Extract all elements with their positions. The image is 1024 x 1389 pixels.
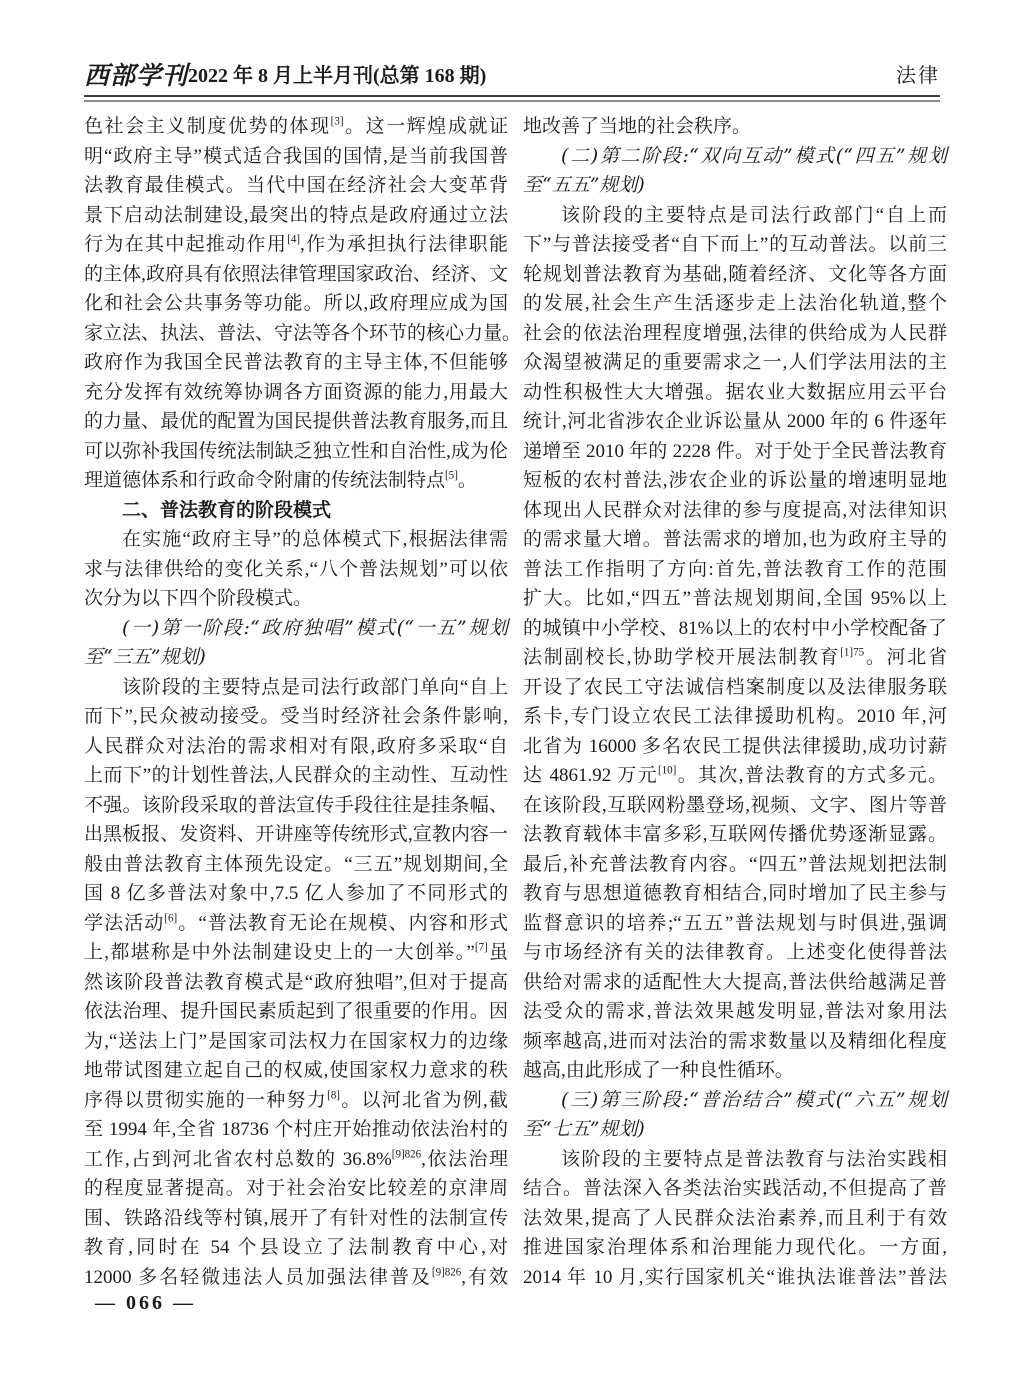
text-line: 二、普法教育的阶段模式 bbox=[84, 496, 508, 526]
header-double-rule bbox=[84, 95, 940, 102]
text-line: 至“七五”规划) bbox=[523, 1115, 947, 1145]
text-line: 政府作为我国全民普法教育的主导主体,不但能够 bbox=[84, 348, 508, 378]
citation-superscript: [6] bbox=[164, 912, 177, 924]
text-line: 工作,占到河北省农村总数的 36.8%[9]826,依法治理 bbox=[84, 1145, 508, 1175]
text-line: 结合。普法深入各类法治实践活动,不但提高了普 bbox=[523, 1174, 947, 1204]
text-line: 国 8 亿多普法对象中,7.5 亿人参加了不同形式的 bbox=[84, 879, 508, 909]
text-line: 在该阶段,互联网粉墨登场,视频、文字、图片等普 bbox=[523, 791, 947, 821]
text-line: 的发展,社会生产生活逐步走上法治化轨道,整个 bbox=[523, 289, 947, 319]
journal-page: 西部学刊2022 年 8 月上半月刊(总第 168 期) 法律 色社会主义制度优… bbox=[0, 0, 1024, 1389]
text-line: 最后,补充普法教育内容。“四五”普法规划把法制 bbox=[523, 850, 947, 880]
text-line: 动性积极性大大增强。据农业大数据应用云平台 bbox=[523, 378, 947, 408]
left-column: 色社会主义制度优势的体现[3]。这一辉煌成就证明“政府主导”模式适合我国的国情,… bbox=[84, 112, 508, 1292]
text-line: 社会的依法治理程度增强,法律的供给成为人民群 bbox=[523, 319, 947, 349]
text-line: 递增至 2010 年的 2228 件。对于处于全民普法教育 bbox=[523, 437, 947, 467]
text-line: 教育与思想道德教育相结合,同时增加了民主参与 bbox=[523, 879, 947, 909]
text-line: 然该阶段普法教育模式是“政府独唱”,但对于提高 bbox=[84, 968, 508, 998]
section-label: 法律 bbox=[896, 62, 940, 90]
citation-superscript: [10] bbox=[658, 765, 676, 777]
text-line: 短板的农村普法,涉农企业的诉讼量的增速明显地 bbox=[523, 466, 947, 496]
citation-superscript: [9]826 bbox=[432, 1266, 461, 1278]
citation-superscript: [1]75 bbox=[840, 647, 864, 659]
text-line: (二)第二阶段:“双向互动”模式(“四五”规划 bbox=[523, 142, 947, 172]
text-line: 下”与普法接受者“自下而上”的互动普法。以前三 bbox=[523, 230, 947, 260]
header-left: 西部学刊2022 年 8 月上半月刊(总第 168 期) bbox=[84, 62, 486, 90]
text-line: 在实施“政府主导”的总体模式下,根据法律需 bbox=[84, 525, 508, 555]
text-line: 人民群众对法治的需求相对有限,政府多采取“自 bbox=[84, 732, 508, 762]
text-line: 般由普法教育主体预先设定。“三五”规划期间,全 bbox=[84, 850, 508, 880]
text-line: 充分发挥有效统筹协调各方面资源的能力,用最大 bbox=[84, 378, 508, 408]
text-line: 扩大。比如,“四五”普法规划期间,全国 95%以上 bbox=[523, 584, 947, 614]
citation-superscript: [5] bbox=[445, 470, 458, 482]
text-line: 监督意识的培养;“五五”普法规划与时俱进,强调 bbox=[523, 909, 947, 939]
text-line: 该阶段的主要特点是普法教育与法治实践相 bbox=[523, 1145, 947, 1175]
text-line: 学法活动[6]。“普法教育无论在规模、内容和形式 bbox=[84, 909, 508, 939]
text-line: 上而下”的计划性普法,人民群众的主动性、互动性 bbox=[84, 761, 508, 791]
citation-superscript: [9]826 bbox=[392, 1148, 421, 1160]
text-line: 可以弥补我国传统法制缺乏独立性和自治性,成为伦 bbox=[84, 437, 508, 467]
text-line: 地带试图建立起自己的权威,使国家权力意求的秩 bbox=[84, 1056, 508, 1086]
text-line: 次分为以下四个阶段模式。 bbox=[84, 584, 508, 614]
text-line: 该阶段的主要特点是司法行政部门“自上而 bbox=[523, 201, 947, 231]
citation-superscript: [3] bbox=[331, 116, 344, 128]
page-number: — 066 — bbox=[95, 1292, 196, 1315]
text-line: 的城镇中小学校、81%以上的农村中小学校配备了 bbox=[523, 614, 947, 644]
text-line: 法教育载体丰富多彩,互联网传播优势逐渐显露。 bbox=[523, 820, 947, 850]
text-line: 推进国家治理体系和治理能力现代化。一方面, bbox=[523, 1233, 947, 1263]
text-line: 教育,同时在 54 个县设立了法制教育中心,对 bbox=[84, 1233, 508, 1263]
text-line: 而下”,民众被动接受。受当时经济社会条件影响, bbox=[84, 702, 508, 732]
text-line: 景下启动法制建设,最突出的特点是政府通过立法 bbox=[84, 201, 508, 231]
text-line: 统计,河北省涉农企业诉讼量从 2000 年的 6 件逐年 bbox=[523, 407, 947, 437]
text-line: 法制副校长,协助学校开展法制教育[1]75。河北省 bbox=[523, 643, 947, 673]
text-line: 供给对需求的适配性大大提高,普法供给越满足普 bbox=[523, 968, 947, 998]
text-line: 该阶段的主要特点是司法行政部门单向“自上 bbox=[84, 673, 508, 703]
text-line: (一)第一阶段:“政府独唱”模式(“一五”规划 bbox=[84, 614, 508, 644]
text-line: 法受众的需求,普法效果越发明显,普法对象用法 bbox=[523, 997, 947, 1027]
citation-superscript: [4] bbox=[287, 234, 300, 246]
text-line: 出黑板报、发资料、开讲座等传统形式,宣教内容一 bbox=[84, 820, 508, 850]
issue-info: 2022 年 8 月上半月刊(总第 168 期) bbox=[188, 62, 486, 90]
text-line: 明“政府主导”模式适合我国的国情,是当前我国普 bbox=[84, 142, 508, 172]
citation-superscript: [7] bbox=[475, 942, 488, 954]
text-line: 法效果,提高了人民群众法治素养,而且利于有效 bbox=[523, 1204, 947, 1234]
text-line: 的程度显著提高。对于社会治安比较差的京津周 bbox=[84, 1174, 508, 1204]
text-line: 行为在其中起推动作用[4],作为承担执行法律职能 bbox=[84, 230, 508, 260]
text-line: 体现出人民群众对法律的参与度提高,对法律知识 bbox=[523, 496, 947, 526]
text-line: 2014 年 10 月,实行国家机关“谁执法谁普法”普法 bbox=[523, 1263, 947, 1293]
text-line: 色社会主义制度优势的体现[3]。这一辉煌成就证 bbox=[84, 112, 508, 142]
right-column: 地改善了当地的社会秩序。(二)第二阶段:“双向互动”模式(“四五”规划至“五五”… bbox=[523, 112, 947, 1292]
text-line: (三)第三阶段:“普治结合”模式(“六五”规划 bbox=[523, 1086, 947, 1116]
text-line: 与市场经济有关的法律教育。上述变化使得普法 bbox=[523, 938, 947, 968]
text-line: 至“三五”规划) bbox=[84, 643, 508, 673]
text-line: 家立法、执法、普法、守法等各个环节的核心力量。 bbox=[84, 319, 508, 349]
text-line: 普法工作指明了方向:首先,普法教育工作的范围 bbox=[523, 555, 947, 585]
text-line: 求与法律供给的变化关系,“八个普法规划”可以依 bbox=[84, 555, 508, 585]
text-line: 上,都堪称是中外法制建设史上的一大创举。”[7]虽 bbox=[84, 938, 508, 968]
text-line: 化和社会公共事务等功能。所以,政府理应成为国 bbox=[84, 289, 508, 319]
citation-superscript: [8] bbox=[327, 1089, 340, 1101]
journal-logo: 西部学刊 bbox=[84, 62, 188, 90]
text-line: 系卡,专门设立农民工法律援助机构。2010 年,河 bbox=[523, 702, 947, 732]
text-line: 地改善了当地的社会秩序。 bbox=[523, 112, 947, 142]
text-line: 的力量、最优的配置为国民提供普法教育服务,而且 bbox=[84, 407, 508, 437]
text-line: 达 4861.92 万元[10]。其次,普法教育的方式多元。 bbox=[523, 761, 947, 791]
text-line: 围、铁路沿线等村镇,展开了有针对性的法制宣传 bbox=[84, 1204, 508, 1234]
text-line: 北省为 16000 多名农民工提供法律援助,成功讨薪 bbox=[523, 732, 947, 762]
text-line: 频率越高,进而对法治的需求数量以及精细化程度 bbox=[523, 1027, 947, 1057]
text-line: 序得以贯彻实施的一种努力[8]。以河北省为例,截 bbox=[84, 1086, 508, 1116]
text-line: 的需求量大增。普法需求的增加,也为政府主导的 bbox=[523, 525, 947, 555]
text-line: 众渴望被满足的重要需求之一,人们学法用法的主 bbox=[523, 348, 947, 378]
text-line: 的主体,政府具有依照法律管理国家政治、经济、文 bbox=[84, 260, 508, 290]
text-line: 理道德体系和行政命令附庸的传统法制特点[5]。 bbox=[84, 466, 508, 496]
text-line: 越高,由此形成了一种良性循环。 bbox=[523, 1056, 947, 1086]
text-line: 法教育最佳模式。当代中国在经济社会大变革背 bbox=[84, 171, 508, 201]
page-header: 西部学刊2022 年 8 月上半月刊(总第 168 期) 法律 bbox=[84, 62, 940, 90]
text-line: 12000 多名轻微违法人员加强法律普及[9]826,有效 bbox=[84, 1263, 508, 1293]
text-line: 至 1994 年,全省 18736 个村庄开始推动依法治村的 bbox=[84, 1115, 508, 1145]
text-line: 为,“送法上门”是国家司法权力在国家权力的边缘 bbox=[84, 1027, 508, 1057]
text-line: 开设了农民工守法诚信档案制度以及法律服务联 bbox=[523, 673, 947, 703]
text-line: 不强。该阶段采取的普法宣传手段往往是挂条幅、 bbox=[84, 791, 508, 821]
text-line: 依法治理、提升国民素质起到了很重要的作用。因 bbox=[84, 997, 508, 1027]
text-line: 至“五五”规划) bbox=[523, 171, 947, 201]
text-line: 轮规划普法教育为基础,随着经济、文化等各方面 bbox=[523, 260, 947, 290]
